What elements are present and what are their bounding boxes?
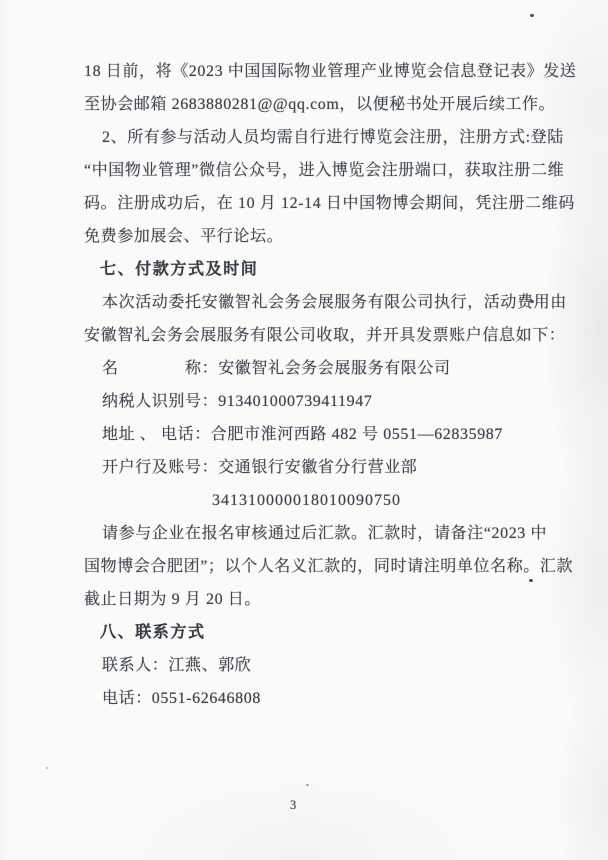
para-expo-registration-line-2: “中国物业管理”微信公众号，进入博览会注册端口，获取注册二维 xyxy=(84,154,554,187)
para-remittance-line-1: 请参与企业在报名审核通过后汇款。汇款时，请备注“2023 中 xyxy=(84,517,554,550)
heading-contact-info: 八、联系方式 xyxy=(84,616,554,649)
para-expo-registration-line-1: 2、所有参与活动人员均需自行进行博览会注册，注册方式:登陆 xyxy=(84,121,554,154)
para-expo-registration-line-3: 码。注册成功后，在 10 月 12-14 日中国物博会期间，凭注册二维码 xyxy=(84,187,554,220)
para-remittance-line-3: 截止日期为 9 月 20 日。 xyxy=(84,583,554,616)
bank-account-number: 341310000018010090750 xyxy=(84,484,554,517)
field-company-name: 名 称：安徽智礼会务会展服务有限公司 xyxy=(84,352,554,385)
field-bank-branch: 开户行及账号：交通银行安徽省分行营业部 xyxy=(84,451,554,484)
heading-payment-method: 七、付款方式及时间 xyxy=(84,253,554,286)
para-expo-registration-line-4: 免费参加展会、平行论坛。 xyxy=(84,220,554,253)
para-remittance-line-2: 国物博会合肥团”；以个人名义汇款的，同时请注明单位名称。汇款 xyxy=(84,550,554,583)
scanned-document-page: 18 日前，将《2023 中国国际物业管理产业博览会信息登记表》发送 至协会邮箱… xyxy=(0,0,608,860)
scan-speck xyxy=(46,767,48,769)
para-registration-form-line-2: 至协会邮箱 2683880281@@qq.com，以便秘书处开展后续工作。 xyxy=(84,88,554,121)
field-contact-persons: 联系人：江燕、郭欣 xyxy=(84,649,554,682)
field-taxpayer-id: 纳税人识别号：913401000739411947 xyxy=(84,385,554,418)
scan-speck xyxy=(530,14,534,17)
document-body: 18 日前，将《2023 中国国际物业管理产业博览会信息登记表》发送 至协会邮箱… xyxy=(84,55,554,715)
scan-speck xyxy=(529,579,533,582)
para-registration-form-line-1: 18 日前，将《2023 中国国际物业管理产业博览会信息登记表》发送 xyxy=(84,55,554,88)
scan-speck xyxy=(306,783,310,786)
para-payment-line-2: 安徽智礼会务会展服务有限公司收取，并开具发票账户信息如下： xyxy=(84,319,554,352)
page-number: 3 xyxy=(290,797,296,813)
field-address-phone: 地址 、 电话：合肥市淮河西路 482 号 0551—62835987 xyxy=(84,418,554,451)
field-contact-phone: 电话：0551-62646808 xyxy=(84,682,554,715)
para-payment-line-1: 本次活动委托安徽智礼会务会展服务有限公司执行，活动费用由 xyxy=(84,286,554,319)
scan-speck xyxy=(530,300,534,303)
